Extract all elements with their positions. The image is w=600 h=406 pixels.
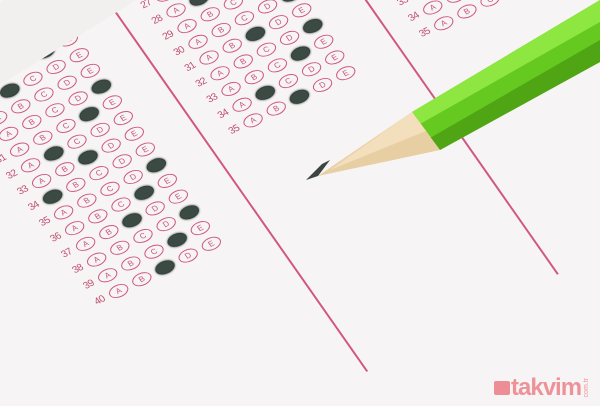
question-number: 35 xyxy=(406,26,432,45)
question-number: 35 xyxy=(216,123,242,142)
takvim-watermark: takvim com.tr xyxy=(494,376,590,400)
answer-bubble-c: C xyxy=(477,0,502,9)
watermark-tld: com.tr xyxy=(583,378,590,397)
answer-bubble-b: B xyxy=(263,98,288,118)
answer-bubble-a: A xyxy=(106,281,131,301)
watermark-brand: takvim xyxy=(511,376,581,400)
flag-icon xyxy=(494,381,510,395)
answer-bubble-e: E xyxy=(198,233,223,253)
answer-bubble-c: C xyxy=(286,86,311,106)
answer-bubble-c: C xyxy=(152,257,177,277)
answer-bubble-d: D xyxy=(175,245,200,265)
answer-bubble-e: E xyxy=(333,63,358,83)
answer-bubble-b: B xyxy=(454,1,479,21)
answer-bubble-a: A xyxy=(431,13,456,33)
answer-bubble-a: A xyxy=(240,110,265,130)
question-number: 40 xyxy=(81,293,107,312)
answer-bubble-d: D xyxy=(310,75,335,95)
answer-sheet-photo: 27ABCDE28ABCDE29ABCDE30ABCDE31ABCDE32ABC… xyxy=(0,0,600,406)
answer-bubble-b: B xyxy=(129,269,154,289)
